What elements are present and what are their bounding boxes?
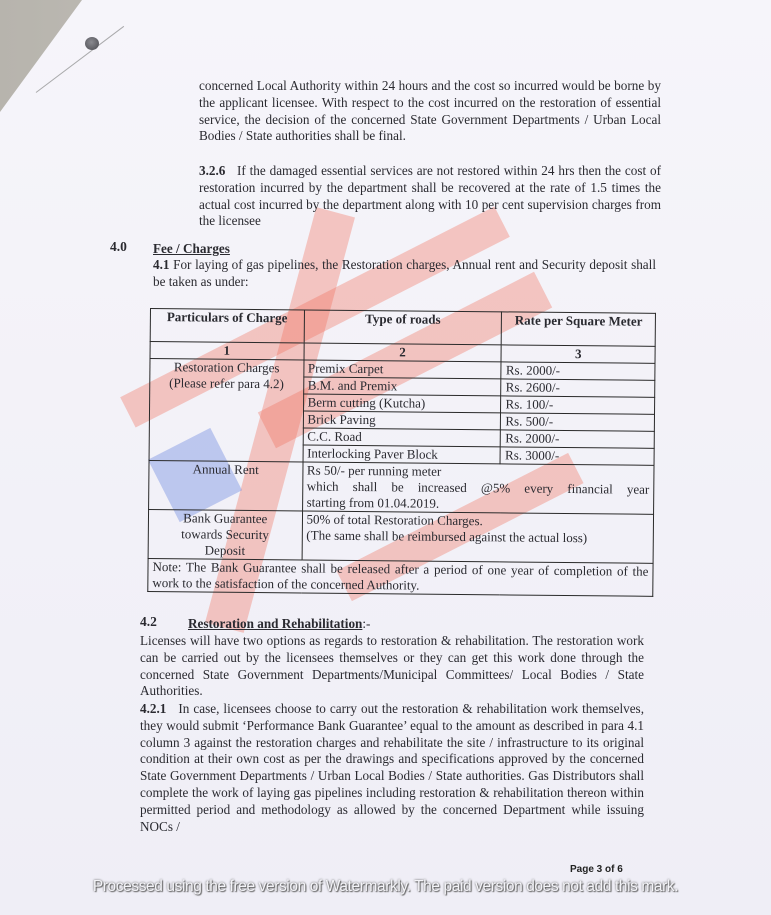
charges-table: Particulars of Charge Type of roads Rate… (147, 308, 656, 597)
paragraph-text: In case, licensees choose to carry out t… (140, 701, 644, 834)
watermark-notice: Processed using the free version of Wate… (0, 878, 771, 896)
paragraph-text: If the damaged essential services are no… (199, 163, 661, 228)
road-type-cell: Premix Carpet (303, 360, 501, 379)
annual-rent-details: Rs 50/- per running meter which shall be… (302, 462, 654, 514)
paragraph-text: concerned Local Authority within 24 hour… (199, 78, 661, 145)
rate-cell: Rs. 2000/- (501, 430, 655, 448)
section-number: 4.0 (110, 239, 127, 255)
particular-text: Restoration Charges (154, 359, 299, 376)
rate-cell: Rs. 2000/- (501, 362, 655, 380)
detail-text: (The same shall be reimbursed against th… (306, 528, 649, 547)
paragraph-text: Licenses will have two options as regard… (140, 633, 644, 700)
paragraph-4-2-1: 4.2.1 In case, licensees choose to carry… (140, 701, 644, 835)
punch-hole (85, 37, 99, 50)
particular-cell: Bank Guarantee towards Security Deposit (148, 509, 302, 559)
paragraph-4-1: 4.1 For laying of gas pipelines, the Res… (153, 257, 656, 291)
paragraph-3-2-5-continued: concerned Local Authority within 24 hour… (199, 78, 661, 145)
particular-text: Deposit (153, 542, 298, 559)
section-number: 4.2 (140, 614, 157, 630)
header-cell: Type of roads (304, 310, 502, 345)
road-type-cell: C.C. Road (303, 428, 501, 447)
particular-cell: Restoration Charges (Please refer para 4… (149, 359, 303, 462)
rate-cell: Rs. 3000/- (500, 447, 654, 465)
section-title: Fee / Charges (153, 241, 453, 258)
note-cell: Note: The Bank Guarantee shall be releas… (148, 558, 653, 596)
road-type-cell: Brick Paving (303, 411, 501, 430)
road-type-cell: B.M. and Premix (303, 377, 501, 396)
rate-cell: Rs. 2600/- (501, 379, 655, 397)
bank-guarantee-row: Bank Guarantee towards Security Deposit … (148, 509, 653, 563)
road-type-cell: Berm cutting (Kutcha) (303, 394, 501, 413)
particular-cell: Annual Rent (149, 460, 303, 510)
bank-guarantee-details: 50% of total Restoration Charges. (The s… (302, 511, 654, 563)
rate-cell: Rs. 500/- (501, 413, 655, 431)
page-number: Page 3 of 6 (570, 864, 623, 875)
paragraph-3-2-6: 3.2.6 If the damaged essential services … (199, 163, 661, 230)
particular-text: Bank Guarantee (153, 510, 298, 527)
paragraph-number: 4.2.1 (140, 701, 166, 716)
section-heading: Fee / Charges (153, 241, 230, 256)
section-heading: Restoration and Rehabilitation (188, 616, 362, 631)
heading-suffix: :- (362, 616, 370, 631)
note-row: Note: The Bank Guarantee shall be releas… (148, 558, 653, 596)
annual-rent-row: Annual Rent Rs 50/- per running meter wh… (149, 460, 654, 514)
paragraph-4-2: Licenses will have two options as regard… (140, 633, 644, 700)
paragraph-number: 3.2.6 (199, 163, 225, 178)
particular-text: (Please refer para 4.2) (154, 375, 299, 392)
road-type-cell: Interlocking Paver Block (303, 445, 501, 464)
particular-text: towards Security (153, 526, 298, 543)
header-cell: Rate per Square Meter (502, 312, 656, 346)
column-number: 2 (304, 343, 502, 362)
section-title: Restoration and Rehabilitation:- (188, 616, 488, 633)
column-number: 3 (501, 345, 655, 363)
table-header-row: Particulars of Charge Type of roads Rate… (150, 309, 655, 347)
detail-text: starting from 01.04.2019. (307, 495, 650, 514)
paragraph-text: For laying of gas pipelines, the Restora… (153, 257, 656, 289)
header-cell: Particulars of Charge (150, 309, 304, 343)
rate-cell: Rs. 100/- (501, 396, 655, 414)
paragraph-number: 4.1 (153, 257, 169, 272)
column-number: 1 (150, 342, 304, 360)
